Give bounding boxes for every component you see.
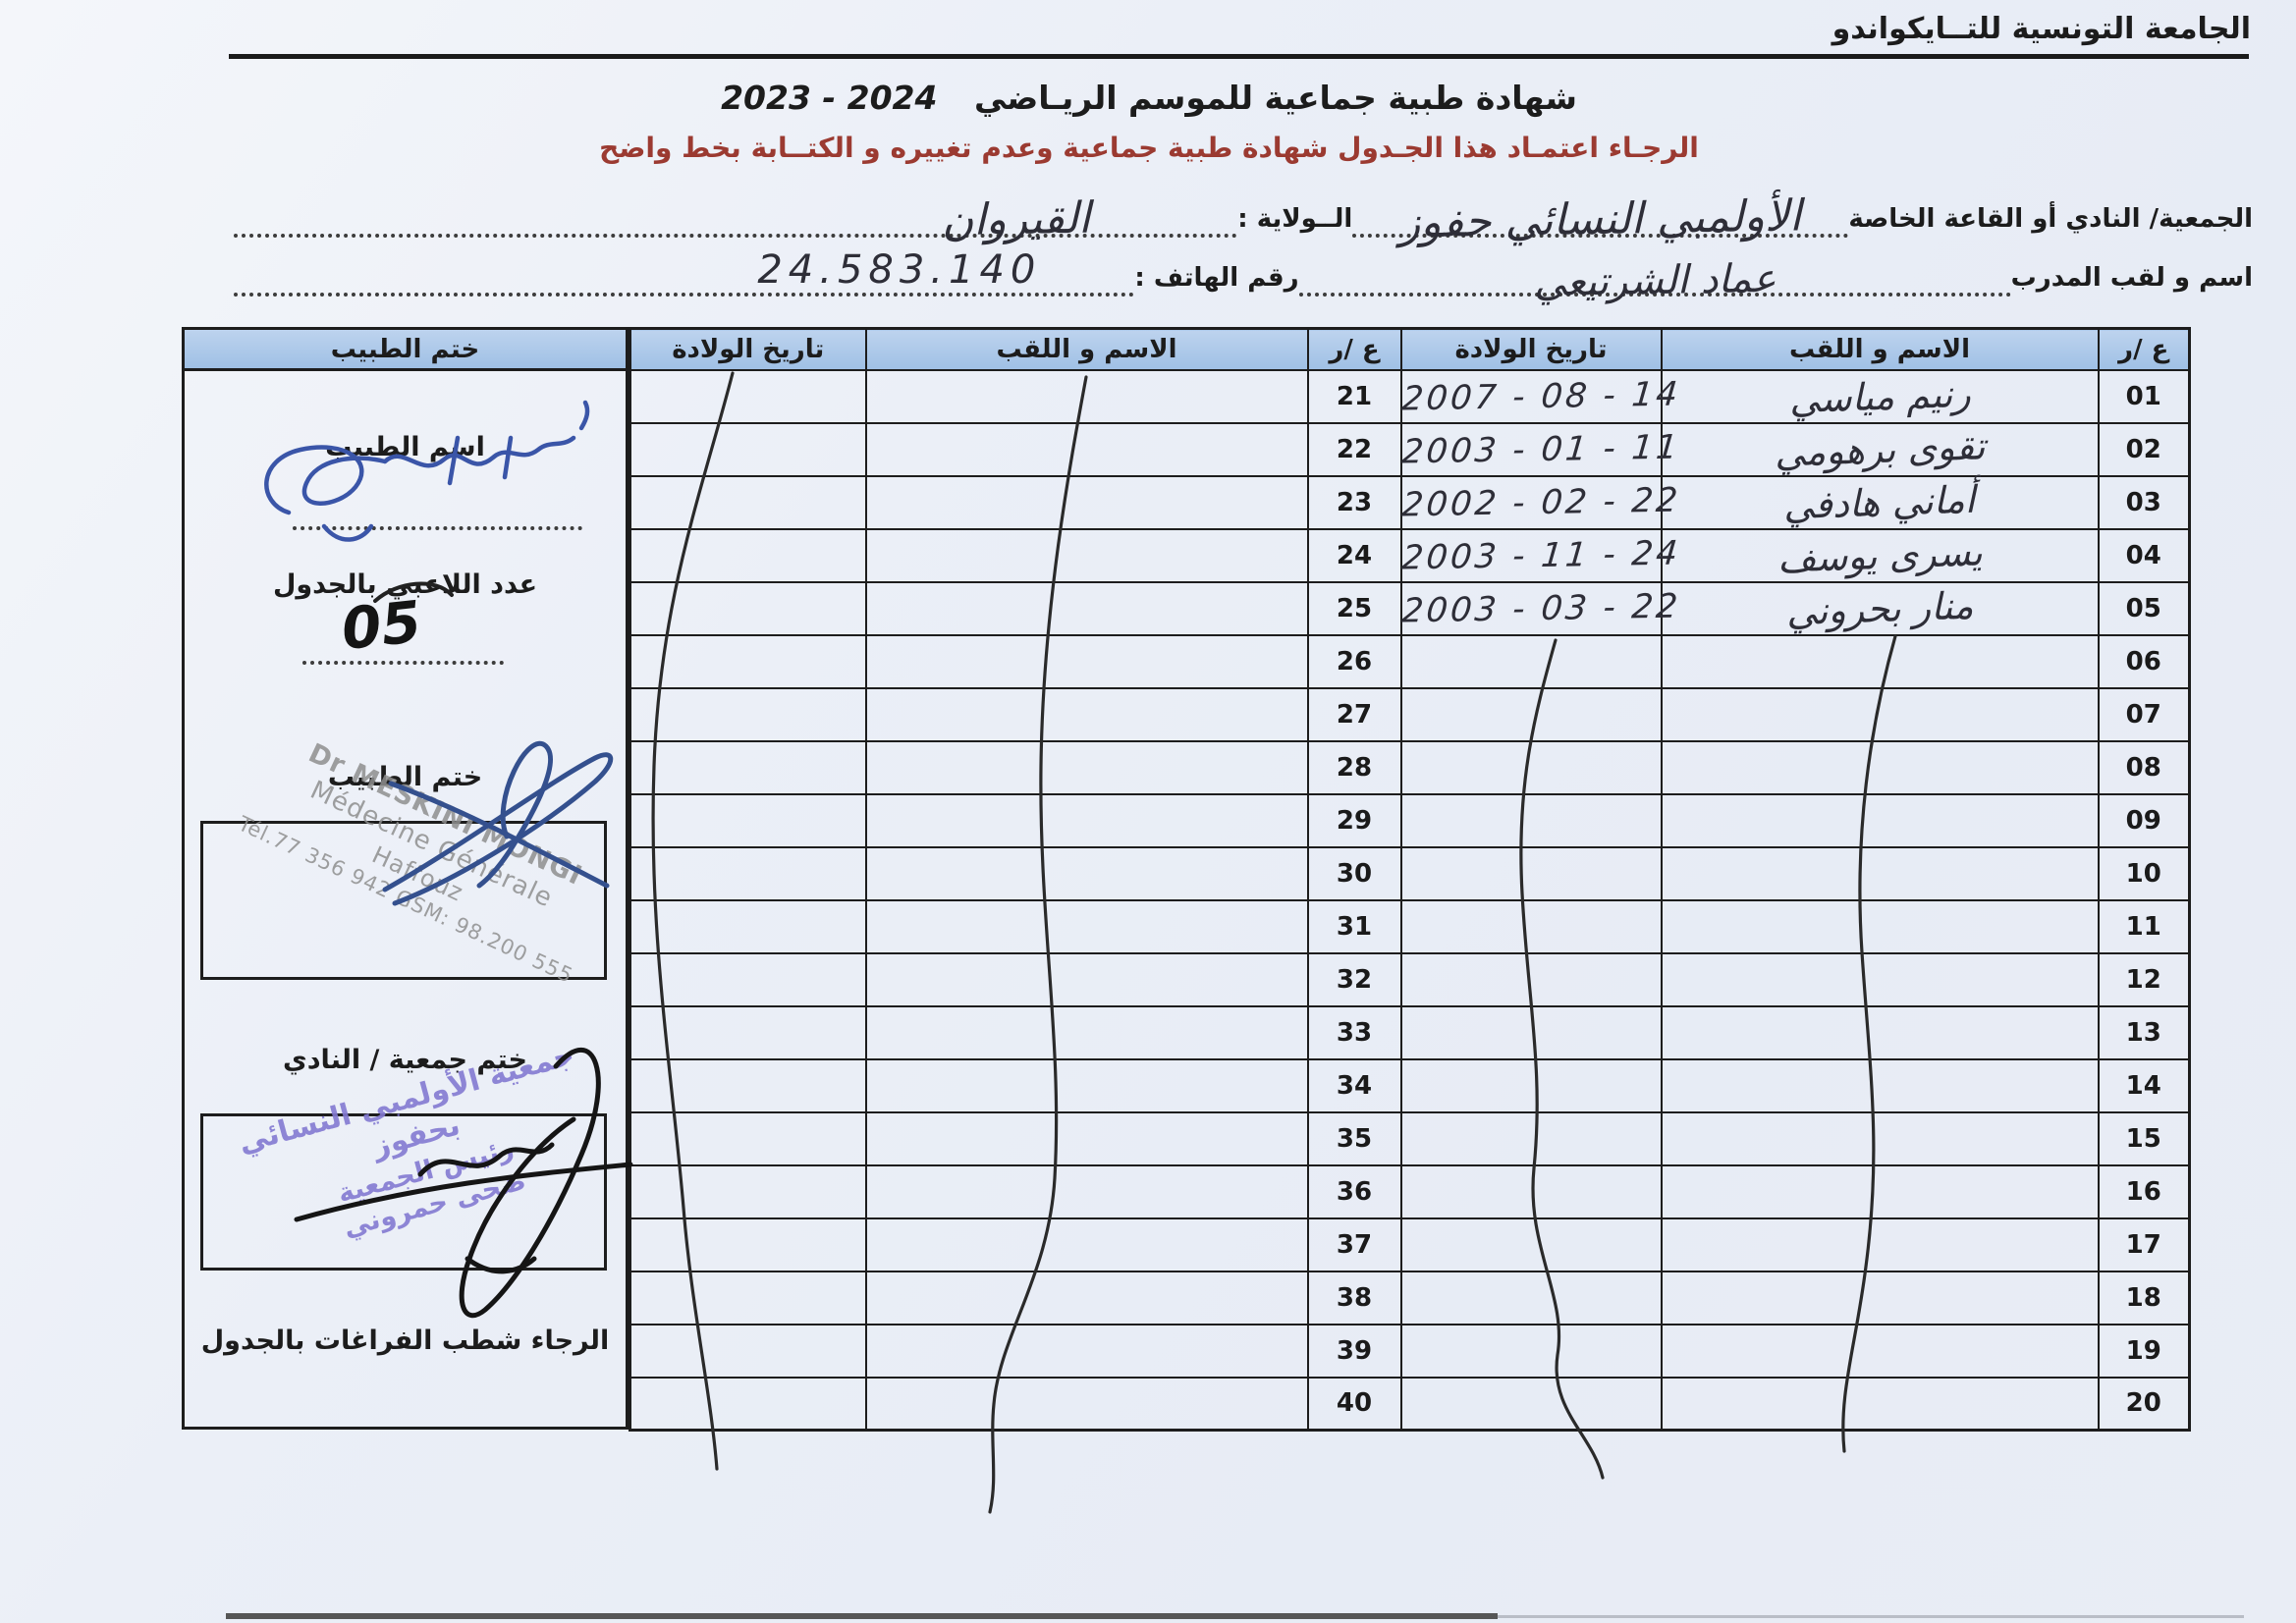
dob-left-cell: [630, 1059, 866, 1112]
dob-right-cell: [1401, 1165, 1662, 1218]
doctor-stamp-label: ختم الطبيب: [185, 762, 626, 792]
row-number-right: 05: [2099, 582, 2190, 635]
name-right-cell: [1662, 953, 2099, 1006]
bottom-scan-strip-light: [1498, 1615, 2244, 1618]
dob-right-cell: [1401, 900, 1662, 953]
row-number-left: 38: [1308, 1271, 1401, 1325]
dob-right-cell: 2003 - 01 - 11: [1401, 423, 1662, 476]
dob-left-header: تاريخ الولادة: [630, 329, 866, 370]
stamp-column-header: ختم الطبيب: [185, 330, 626, 371]
players-count-value: 05: [339, 588, 424, 663]
table-row: 33 13: [630, 1006, 2190, 1059]
scanned-document-page: الجامعة التونسية للتــايكواندو شهادة طبي…: [0, 0, 2296, 1623]
name-right-cell: [1662, 1271, 2099, 1325]
table-row: 30 10: [630, 847, 2190, 900]
dob-right-cell: [1401, 1006, 1662, 1059]
table-row: 32 12: [630, 953, 2190, 1006]
row-number-right: 20: [2099, 1378, 2190, 1431]
table-row: 21 2007 - 08 - 14 رنيم مياسي 01: [630, 370, 2190, 423]
document-title-text: شهادة طبية جماعية للموسم الريـاضي: [974, 79, 1577, 117]
table-row: 31 11: [630, 900, 2190, 953]
table-row: 38 18: [630, 1271, 2190, 1325]
dob-right-cell: [1401, 1218, 1662, 1271]
name-left-cell: [866, 847, 1308, 900]
club-field-line: الأولمبي النسائي حفوز: [1352, 187, 1848, 238]
row-number-right: 17: [2099, 1218, 2190, 1271]
dob-right-cell: 2002 - 02 - 22: [1401, 476, 1662, 529]
dob-right-cell: [1401, 953, 1662, 1006]
dob-right-cell: [1401, 635, 1662, 688]
dob-right-cell: 2007 - 08 - 14: [1401, 370, 1662, 423]
name-left-cell: [866, 900, 1308, 953]
dob-right-cell: [1401, 847, 1662, 900]
row-number-left: 23: [1308, 476, 1401, 529]
players-count-line: [302, 661, 504, 665]
stamp-column-body: اسم الطبيب عدد اللاعبي بالجدول 05 ختم ال…: [185, 371, 626, 1427]
name-right-cell: [1662, 847, 2099, 900]
governorate-field-line: القيروان: [234, 187, 1237, 238]
table-row: 23 2002 - 02 - 22 أماني هادفي 03: [630, 476, 2190, 529]
name-right-cell: [1662, 900, 2099, 953]
row-number-left: 25: [1308, 582, 1401, 635]
row-number-right: 16: [2099, 1165, 2190, 1218]
coach-field-row: اسم و لقب المدرب عماد الشرتيعي رقم الهات…: [234, 245, 2253, 297]
coach-field-line: عماد الشرتيعي: [1299, 245, 2011, 297]
name-left-cell: [866, 1271, 1308, 1325]
name-left-cell: [866, 741, 1308, 794]
name-left-cell: [866, 1112, 1308, 1165]
dob-left-cell: [630, 423, 866, 476]
row-number-left: 22: [1308, 423, 1401, 476]
row-number-left: 24: [1308, 529, 1401, 582]
num-right-header: ع /ر: [2099, 329, 2190, 370]
name-right-cell: [1662, 1006, 2099, 1059]
dob-left-cell: [630, 1378, 866, 1431]
phone-field-line: 24.583.140: [234, 245, 1134, 297]
row-number-left: 29: [1308, 794, 1401, 847]
name-left-cell: [866, 1378, 1308, 1431]
dob-right-cell: [1401, 1112, 1662, 1165]
dob-left-cell: [630, 635, 866, 688]
row-number-right: 09: [2099, 794, 2190, 847]
name-left-header: الاسم و اللقب: [866, 329, 1308, 370]
dob-left-cell: [630, 688, 866, 741]
name-left-cell: [866, 688, 1308, 741]
governorate-field-value: القيروان: [942, 199, 1091, 241]
name-right-cell: [1662, 794, 2099, 847]
row-number-left: 21: [1308, 370, 1401, 423]
row-number-left: 37: [1308, 1218, 1401, 1271]
row-number-left: 26: [1308, 635, 1401, 688]
name-left-cell: [866, 794, 1308, 847]
coach-field-value: عماد الشرتيعي: [1534, 261, 1777, 300]
dob-left-cell: [630, 1165, 866, 1218]
dob-right-cell: [1401, 688, 1662, 741]
row-number-right: 11: [2099, 900, 2190, 953]
row-number-right: 03: [2099, 476, 2190, 529]
dob-left-cell: [630, 1271, 866, 1325]
row-number-right: 07: [2099, 688, 2190, 741]
name-right-cell: رنيم مياسي: [1662, 370, 2099, 423]
dob-right-cell: [1401, 741, 1662, 794]
dob-left-cell: [630, 370, 866, 423]
dob-right-cell: [1401, 1325, 1662, 1378]
name-left-cell: [866, 1006, 1308, 1059]
row-number-right: 18: [2099, 1271, 2190, 1325]
governorate-field-label: الــولاية :: [1237, 204, 1352, 238]
row-number-left: 40: [1308, 1378, 1401, 1431]
name-left-cell: [866, 476, 1308, 529]
row-number-left: 32: [1308, 953, 1401, 1006]
club-stamp-label: ختم جمعية / النادي: [185, 1045, 626, 1075]
name-right-cell: أماني هادفي: [1662, 476, 2099, 529]
row-number-left: 33: [1308, 1006, 1401, 1059]
dob-left-cell: [630, 1325, 866, 1378]
doctor-stamp-box: [200, 821, 607, 980]
dob-left-cell: [630, 1006, 866, 1059]
table-row: 25 2003 - 03 - 22 منار بحروني 05: [630, 582, 2190, 635]
row-number-left: 27: [1308, 688, 1401, 741]
dob-left-cell: [630, 847, 866, 900]
roster-table: تاريخ الولادة الاسم و اللقب ع /ر تاريخ ا…: [629, 327, 2191, 1432]
dob-left-cell: [630, 900, 866, 953]
row-number-right: 02: [2099, 423, 2190, 476]
name-left-cell: [866, 582, 1308, 635]
row-number-left: 28: [1308, 741, 1401, 794]
row-number-right: 15: [2099, 1112, 2190, 1165]
row-number-right: 12: [2099, 953, 2190, 1006]
crossout-note: الرجاء شطب الفراغات بالجدول: [185, 1325, 626, 1356]
name-right-cell: [1662, 1112, 2099, 1165]
dob-right-cell: [1401, 1378, 1662, 1431]
row-number-left: 35: [1308, 1112, 1401, 1165]
table-row: 22 2003 - 01 - 11 تقوى برهومي 02: [630, 423, 2190, 476]
dob-left-cell: [630, 1218, 866, 1271]
table-row: 27 07: [630, 688, 2190, 741]
roster-header-row: تاريخ الولادة الاسم و اللقب ع /ر تاريخ ا…: [630, 329, 2190, 370]
dob-left-cell: [630, 953, 866, 1006]
name-right-cell: [1662, 1218, 2099, 1271]
name-right-cell: [1662, 1325, 2099, 1378]
name-right-cell: [1662, 1378, 2099, 1431]
table-row: 34 14: [630, 1059, 2190, 1112]
dob-right-header: تاريخ الولادة: [1401, 329, 1662, 370]
dob-right-cell: [1401, 794, 1662, 847]
row-number-right: 06: [2099, 635, 2190, 688]
name-left-cell: [866, 423, 1308, 476]
row-number-right: 01: [2099, 370, 2190, 423]
header-rule: [229, 54, 2249, 59]
name-left-cell: [866, 953, 1308, 1006]
dob-left-cell: [630, 794, 866, 847]
dob-left-cell: [630, 582, 866, 635]
table-row: 26 06: [630, 635, 2190, 688]
dob-left-cell: [630, 476, 866, 529]
row-number-left: 36: [1308, 1165, 1401, 1218]
bottom-scan-strip: [226, 1613, 1498, 1619]
name-right-cell: منار بحروني: [1662, 582, 2099, 635]
row-number-right: 04: [2099, 529, 2190, 582]
club-field-value: الأولمبي النسائي حفوز: [1399, 197, 1802, 243]
dob-right-cell: [1401, 1059, 1662, 1112]
phone-field-label: رقم الهاتف :: [1134, 263, 1298, 297]
club-field-label: الجمعية/ النادي أو القاعة الخاصة: [1848, 204, 2253, 238]
club-stamp-box: [200, 1113, 607, 1271]
name-left-cell: [866, 1325, 1308, 1378]
table-row: 35 15: [630, 1112, 2190, 1165]
dob-right-cell: 2003 - 11 - 24: [1401, 529, 1662, 582]
phone-field-value: 24.583.140: [757, 247, 1041, 293]
coach-field-label: اسم و لقب المدرب: [2011, 263, 2253, 297]
row-number-left: 30: [1308, 847, 1401, 900]
roster-body: 21 2007 - 08 - 14 رنيم مياسي 01 22 2003 …: [630, 370, 2190, 1431]
row-number-right: 19: [2099, 1325, 2190, 1378]
row-number-right: 13: [2099, 1006, 2190, 1059]
row-number-right: 08: [2099, 741, 2190, 794]
name-left-cell: [866, 1165, 1308, 1218]
doctor-stamp-column: ختم الطبيب اسم الطبيب عدد اللاعبي بالجدو…: [182, 327, 629, 1430]
name-right-header: الاسم و اللقب: [1662, 329, 2099, 370]
name-left-cell: [866, 635, 1308, 688]
table-row: 39 19: [630, 1325, 2190, 1378]
name-right-cell: يسرى يوسف: [1662, 529, 2099, 582]
doctor-name-label: اسم الطبيب: [185, 432, 626, 462]
dob-left-cell: [630, 741, 866, 794]
table-row: 36 16: [630, 1165, 2190, 1218]
dob-right-cell: 2003 - 03 - 22: [1401, 582, 1662, 635]
doctor-name-line: [293, 526, 582, 530]
name-left-cell: [866, 370, 1308, 423]
name-right-cell: [1662, 1059, 2099, 1112]
row-number-left: 31: [1308, 900, 1401, 953]
club-field-row: الجمعية/ النادي أو القاعة الخاصة الأولمب…: [234, 187, 2253, 238]
table-row: 37 17: [630, 1218, 2190, 1271]
table-row: 24 2003 - 11 - 24 يسرى يوسف 04: [630, 529, 2190, 582]
federation-title: الجامعة التونسية للتــايكواندو: [1832, 12, 2251, 46]
table-row: 40 20: [630, 1378, 2190, 1431]
table-row: 29 09: [630, 794, 2190, 847]
name-right-cell: [1662, 1165, 2099, 1218]
name-right-cell: [1662, 635, 2099, 688]
table-row: 28 08: [630, 741, 2190, 794]
name-right-cell: [1662, 688, 2099, 741]
row-number-left: 34: [1308, 1059, 1401, 1112]
num-mid-header: ع /ر: [1308, 329, 1401, 370]
dob-left-cell: [630, 1112, 866, 1165]
name-right-cell: [1662, 741, 2099, 794]
document-title: شهادة طبية جماعية للموسم الريـاضي 2023 -…: [412, 79, 1886, 117]
row-number-left: 39: [1308, 1325, 1401, 1378]
name-left-cell: [866, 1059, 1308, 1112]
name-left-cell: [866, 529, 1308, 582]
dob-right-cell: [1401, 1271, 1662, 1325]
season-text: 2023 - 2024: [721, 79, 937, 117]
row-number-right: 10: [2099, 847, 2190, 900]
dob-left-cell: [630, 529, 866, 582]
row-number-right: 14: [2099, 1059, 2190, 1112]
name-right-cell: تقوى برهومي: [1662, 423, 2099, 476]
notice-text: الرجـاء اعتمـاد هذا الجـدول شهادة طبية ج…: [412, 132, 1886, 164]
name-left-cell: [866, 1218, 1308, 1271]
